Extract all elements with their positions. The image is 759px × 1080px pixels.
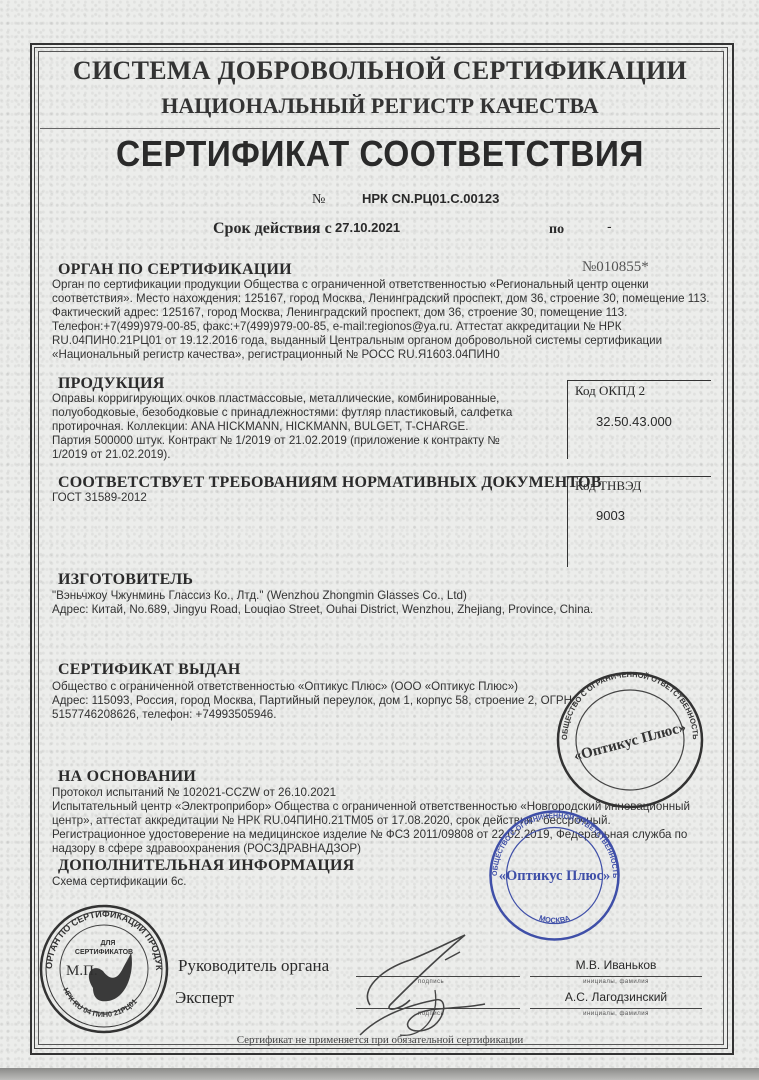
system-heading: СИСТЕМА ДОБРОВОЛЬНОЙ СЕРТИФИКАЦИИ [40, 56, 720, 86]
valid-to-label: по [549, 222, 564, 238]
okpd-label: Код ОКПД 2 [575, 383, 645, 399]
text-line: "Вэньчжоу Чжунминь Глассиз Ко., Лтд." (W… [52, 589, 722, 603]
certification-body-text: Орган по сертификации продукции Общества… [52, 278, 722, 362]
expert-label: Эксперт [175, 988, 234, 1008]
text-line: Телефон:+7(499)979-00-85, факс:+7(499)97… [52, 320, 722, 334]
additional-info-text: Схема сертификации 6с. [52, 875, 186, 889]
certification-body-seal: ОРГАН ПО СЕРТИФИКАЦИИ ПРОДУКЦИИ НРК RU 0… [38, 903, 170, 1035]
standard-reference: ГОСТ 31589-2012 [52, 491, 147, 505]
page-edge-shadow [0, 1068, 759, 1080]
text-line: RU.04ПИН0.21РЦ01 от 19.12.2016 года, выд… [52, 334, 722, 348]
certificate-number: НРК CN.РЦ01.С.00123 [362, 191, 499, 206]
name-caption: инициалы, фамилия [530, 1011, 702, 1017]
form-serial-number: №010855* [582, 259, 649, 276]
company-seal-black: ОБЩЕСТВО С ОГРАНИЧЕННОЙ ОТВЕТСТВЕННОСТЬЮ… [555, 670, 705, 810]
text-line: Орган по сертификации продукции Общества… [52, 278, 722, 292]
handwritten-signature [340, 930, 510, 1040]
svg-text:«Оптикус Плюс»: «Оптикус Плюс» [572, 719, 688, 764]
footer-note: Сертификат не применяется при обязательн… [40, 1034, 720, 1046]
tnved-code-box: Код ТНВЭД 9003 [567, 476, 711, 567]
company-seal-blue: ОБЩЕСТВО С ОГРАНИЧЕННОЙ ОТВЕТСТВЕННОСТЬЮ… [487, 808, 622, 943]
registry-heading: НАЦИОНАЛЬНЫЙ РЕГИСТР КАЧЕСТВА [40, 93, 720, 119]
tnved-label: Код ТНВЭД [575, 478, 641, 494]
svg-text:ОРГАН ПО СЕРТИФИКАЦИИ ПРОДУКЦИ: ОРГАН ПО СЕРТИФИКАЦИИ ПРОДУКЦИИ [38, 903, 164, 971]
okpd-value: 32.50.43.000 [596, 414, 672, 429]
svg-text:МОСКВА: МОСКВА [538, 913, 572, 925]
additional-info-title: ДОПОЛНИТЕЛЬНАЯ ИНФОРМАЦИЯ [58, 857, 354, 875]
text-line: протирочная. Коллекции: ANA HICKMANN, HI… [52, 420, 552, 434]
product-text: Оправы корригирующих очков пластмассовые… [52, 392, 552, 462]
head-name: М.В. Иваньков [530, 958, 702, 972]
product-title: ПРОДУКЦИЯ [58, 375, 165, 393]
svg-text:«Оптикус Плюс»: «Оптикус Плюс» [499, 868, 611, 884]
expert-name-line [530, 1008, 702, 1009]
text-line: Фактический адрес: 125167, город Москва,… [52, 306, 722, 320]
expert-name: А.С. Лагодзинский [530, 990, 702, 1004]
number-label: № [312, 192, 325, 208]
name-caption: инициалы, фамилия [530, 979, 702, 985]
valid-to-date: - [607, 218, 612, 234]
text-line: полуободковые, безободковые с принадлежн… [52, 406, 552, 420]
validity-label: Срок действия с [213, 220, 332, 238]
basis-title: НА ОСНОВАНИИ [58, 768, 196, 786]
header-divider [40, 128, 720, 129]
certification-body-title: ОРГАН ПО СЕРТИФИКАЦИИ [58, 261, 292, 279]
conformity-title: СООТВЕТСТВУЕТ ТРЕБОВАНИЯМ НОРМАТИВНЫХ ДО… [58, 474, 602, 492]
certificate-title: СЕРТИФИКАТ СООТВЕТСТВИЯ [64, 133, 696, 175]
text-line: Оправы корригирующих очков пластмассовые… [52, 392, 552, 406]
tnved-value: 9003 [596, 508, 625, 523]
text-line: Адрес: Китай, No.689, Jingyu Road, Louqi… [52, 603, 722, 617]
text-line: «Национальный регистр качества», регистр… [52, 348, 722, 362]
head-name-line [530, 976, 702, 977]
svg-text:М.П.: М.П. [66, 963, 98, 979]
head-label: Руководитель органа [178, 956, 329, 976]
svg-text:ДЛЯ: ДЛЯ [101, 940, 116, 947]
issued-to-title: СЕРТИФИКАТ ВЫДАН [58, 661, 241, 679]
valid-from-date: 27.10.2021 [335, 220, 400, 235]
manufacturer-title: ИЗГОТОВИТЕЛЬ [58, 571, 193, 589]
text-line: соответствия». Место нахождения: 125167,… [52, 292, 722, 306]
text-line: Партия 500000 штук. Контракт № 1/2019 от… [52, 434, 552, 448]
okpd-code-box: Код ОКПД 2 32.50.43.000 [567, 380, 711, 459]
svg-text:СЕРТИФИКАТОВ: СЕРТИФИКАТОВ [75, 949, 133, 956]
text-line: 1/2019 от 21.02.2019). [52, 448, 552, 462]
manufacturer-text: "Вэньчжоу Чжунминь Глассиз Ко., Лтд." (W… [52, 589, 722, 617]
